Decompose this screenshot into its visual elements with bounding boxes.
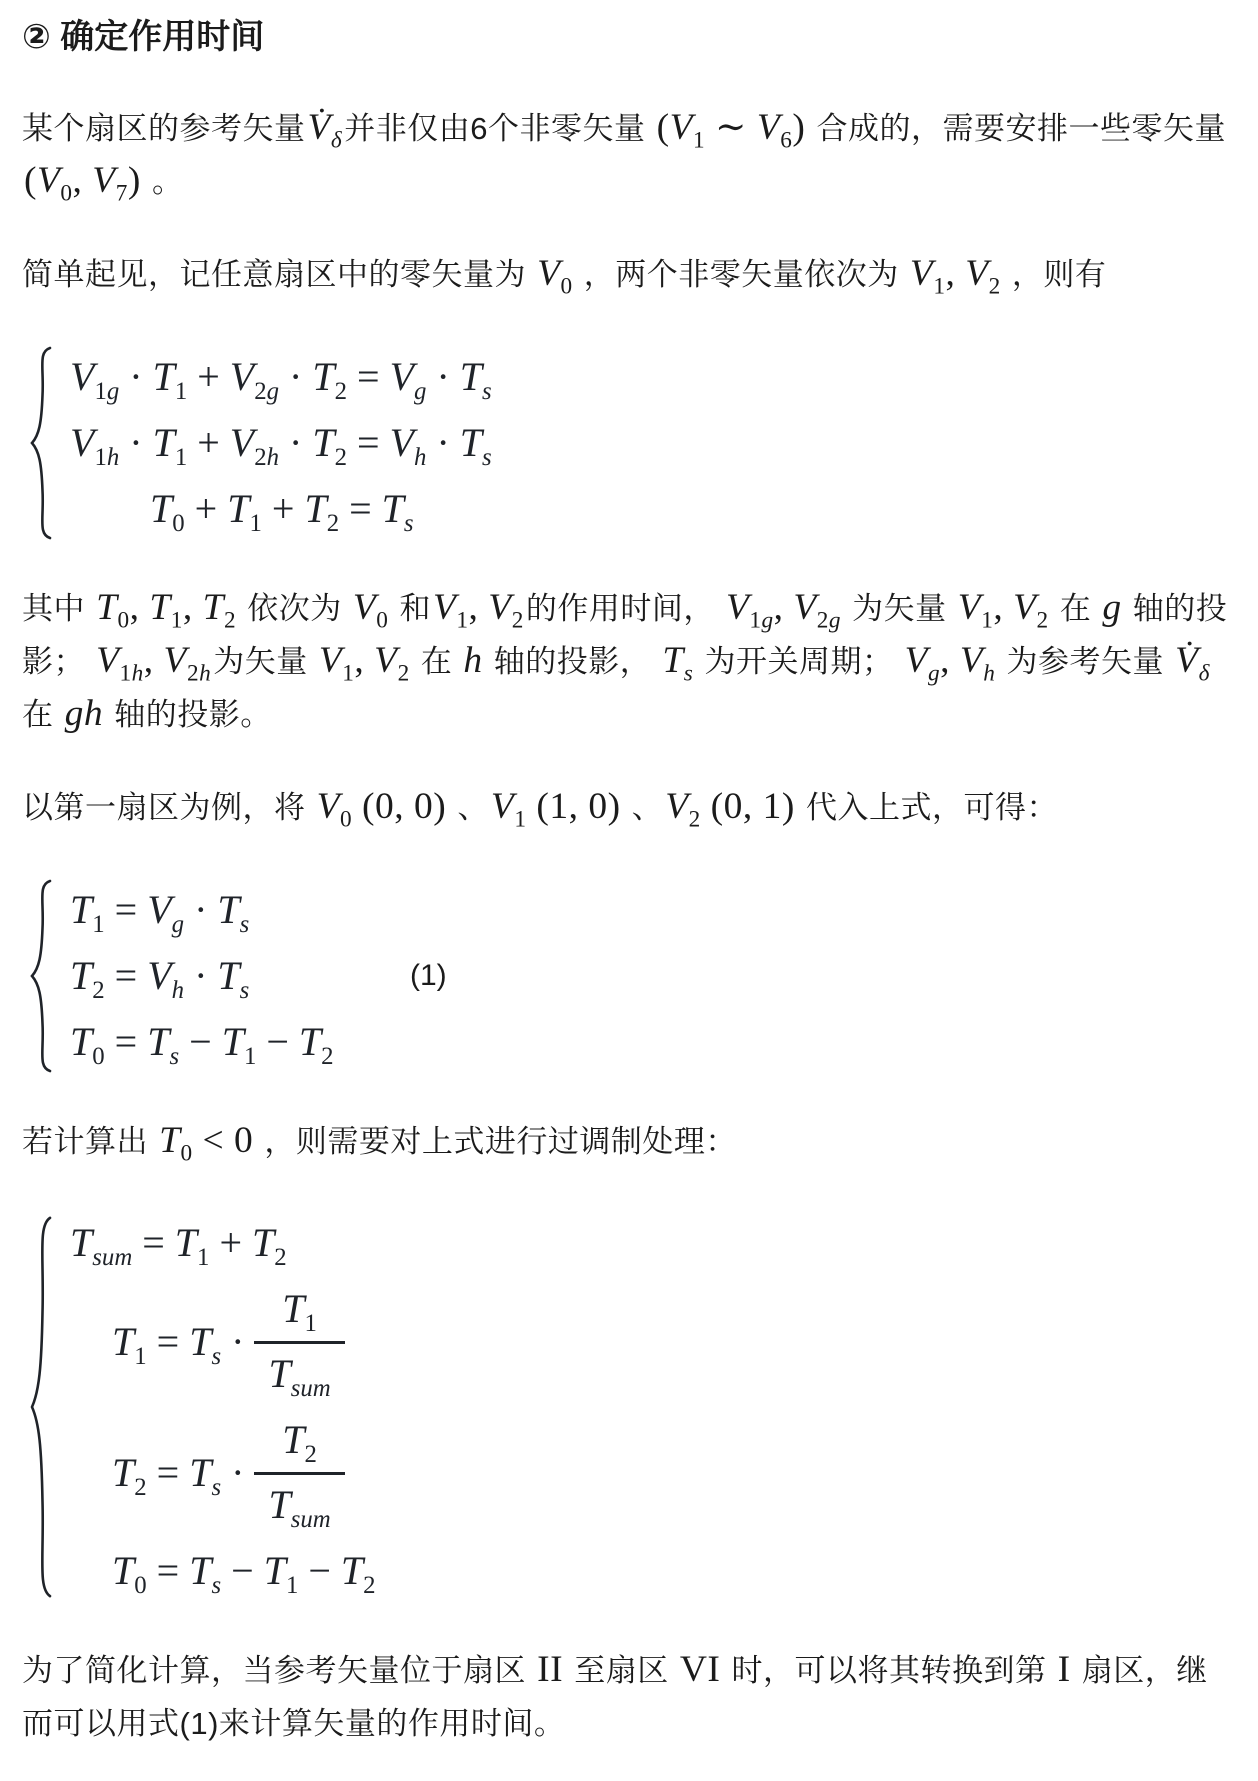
inline-math: V̇δ: [1175, 640, 1210, 681]
text-run: 合成的，需要安排一些零矢量: [807, 111, 1226, 146]
inline-math: V̇δ: [308, 107, 343, 148]
paragraph-setup: 简单起见，记任意扇区中的零矢量为 V0 ，两个非零矢量依次为 V1, V2 ，则…: [22, 248, 1236, 301]
text-run: 的作用时间，: [526, 591, 724, 626]
inline-math: V0: [353, 587, 389, 628]
equation-line: T0 = Ts − T1 − T2: [112, 1547, 376, 1595]
text-run: 以第一扇区为例，将: [22, 790, 315, 825]
text-run: 简单起见，记任意扇区中的零矢量为: [22, 257, 535, 292]
fraction-numerator: T1: [254, 1285, 344, 1341]
inline-math: V1, V2: [910, 253, 1001, 294]
paragraph-simplification: 为了简化计算，当参考矢量位于扇区 II 至扇区 VI 时，可以将其转换到第 I …: [22, 1644, 1236, 1751]
equation-line: Tsum = T1 + T2: [70, 1219, 376, 1267]
text-run: 和: [390, 591, 431, 626]
equation-number: (1): [410, 959, 447, 993]
text-run: 某个扇区的参考矢量: [22, 111, 306, 146]
left-brace-icon: [28, 877, 52, 1075]
text-run: 依次为: [238, 591, 351, 626]
fraction: T2 Tsum: [254, 1416, 344, 1529]
text-run: 为开关周期；: [695, 644, 902, 679]
equation-line: T2 = Ts · T2 Tsum: [112, 1416, 376, 1529]
inline-math: T0 < 0: [159, 1120, 253, 1161]
text-run: 时，可以将其转换到第: [722, 1653, 1055, 1688]
inline-math: Vg, Vh: [905, 640, 996, 681]
roman-numeral: II: [537, 1649, 563, 1690]
left-brace-icon: [28, 344, 52, 542]
inline-math: gh: [65, 693, 104, 734]
inline-math: T0, T1, T2: [96, 587, 236, 628]
text-run: 。: [143, 164, 184, 199]
equation-lhs: T2 = Ts ·: [112, 1449, 244, 1497]
text-run: 在: [22, 697, 63, 732]
equation-line: V1g · T1 + V2g · T2 = Vg · Ts: [70, 353, 492, 401]
text-run: 轴的投影。: [105, 697, 272, 732]
fraction-denominator: Tsum: [254, 1472, 344, 1529]
inline-math: V1, V2: [319, 640, 410, 681]
roman-numeral: VI: [680, 1649, 721, 1690]
text-run: 为矢量: [843, 591, 956, 626]
text-run: 、: [623, 790, 664, 825]
inline-math: V1, V2: [433, 587, 524, 628]
text-run: 为矢量: [213, 644, 317, 679]
section-title: ② 确定作用时间: [22, 14, 1236, 62]
inline-math: g: [1102, 587, 1121, 628]
equation-system-2: T1 = Vg · Ts T2 = Vh · Ts T0 = Ts − T1 −…: [28, 877, 334, 1075]
text-run: 其中: [22, 591, 94, 626]
paragraph-definitions: 其中 T0, T1, T2 依次为 V0 和V1, V2的作用时间， V1g, …: [22, 582, 1236, 742]
text-run: ，两个非零矢量依次为: [575, 257, 908, 292]
equation-line: T2 = Vh · Ts: [70, 952, 334, 1000]
equation-lines: Tsum = T1 + T2 T1 = Ts · T1 Tsum T2 = Ts…: [52, 1210, 376, 1604]
inline-math: (V1 ∼ V6): [657, 107, 806, 148]
text-run: 并非仅由6个非零矢量: [344, 111, 654, 146]
fraction-numerator: T2: [254, 1416, 344, 1472]
inline-math: Ts: [662, 640, 693, 681]
text-run: 为了简化计算，当参考矢量位于扇区: [22, 1653, 535, 1688]
text-run: 、: [448, 790, 489, 825]
text-run: 在: [412, 644, 462, 679]
text-run: 轴的投影，: [485, 644, 661, 679]
inline-math: V2 (0, 1): [665, 786, 795, 827]
equation-lines: T1 = Vg · Ts T2 = Vh · Ts T0 = Ts − T1 −…: [52, 877, 334, 1075]
inline-math: h: [463, 640, 482, 681]
equation-line: T0 = Ts − T1 − T2: [70, 1018, 334, 1066]
equation-system-3: Tsum = T1 + T2 T1 = Ts · T1 Tsum T2 = Ts…: [28, 1210, 376, 1604]
roman-numeral: I: [1058, 1649, 1071, 1690]
text-run: ，则有: [1003, 257, 1107, 292]
equation-line: T1 = Vg · Ts: [70, 886, 334, 934]
equation-line: V1h · T1 + V2h · T2 = Vh · Ts: [70, 419, 492, 467]
text-run: 在: [1051, 591, 1101, 626]
inline-math: V1g, V2g: [726, 587, 841, 628]
text-run: 若计算出: [22, 1124, 157, 1159]
inline-math: V1 (1, 0): [491, 786, 621, 827]
inline-math: V0 (0, 0): [317, 786, 447, 827]
text-run: 至扇区: [565, 1653, 678, 1688]
equation-lhs: T1 = Ts ·: [112, 1318, 244, 1366]
inline-math: V1h, V2h: [96, 640, 211, 681]
text-run: 代入上式，可得：: [797, 790, 1058, 825]
equation-system-1: V1g · T1 + V2g · T2 = Vg · Ts V1h · T1 +…: [28, 344, 492, 542]
paragraph-sector1-example: 以第一扇区为例，将 V0 (0, 0) 、V1 (1, 0) 、V2 (0, 1…: [22, 781, 1236, 834]
inline-math: V1, V2: [958, 587, 1049, 628]
article-section: ② 确定作用时间 某个扇区的参考矢量V̇δ并非仅由6个非零矢量 (V1 ∼ V6…: [0, 0, 1258, 1781]
paragraph-intro: 某个扇区的参考矢量V̇δ并非仅由6个非零矢量 (V1 ∼ V6) 合成的，需要安…: [22, 102, 1236, 209]
fraction-denominator: Tsum: [254, 1341, 344, 1398]
left-brace-icon: [28, 1210, 52, 1604]
equation-line: T0 + T1 + T2 = Ts: [150, 485, 492, 533]
text-run: ，则需要对上式进行过调制处理：: [255, 1124, 737, 1159]
inline-math: (V0, V7): [24, 160, 141, 201]
fraction: T1 Tsum: [254, 1285, 344, 1398]
text-run: 为参考矢量: [997, 644, 1173, 679]
paragraph-overmodulation: 若计算出 T0 < 0 ，则需要对上式进行过调制处理：: [22, 1115, 1236, 1168]
inline-math: V0: [537, 253, 573, 294]
equation-line: T1 = Ts · T1 Tsum: [112, 1285, 376, 1398]
equation-lines: V1g · T1 + V2g · T2 = Vg · Ts V1h · T1 +…: [52, 344, 492, 542]
